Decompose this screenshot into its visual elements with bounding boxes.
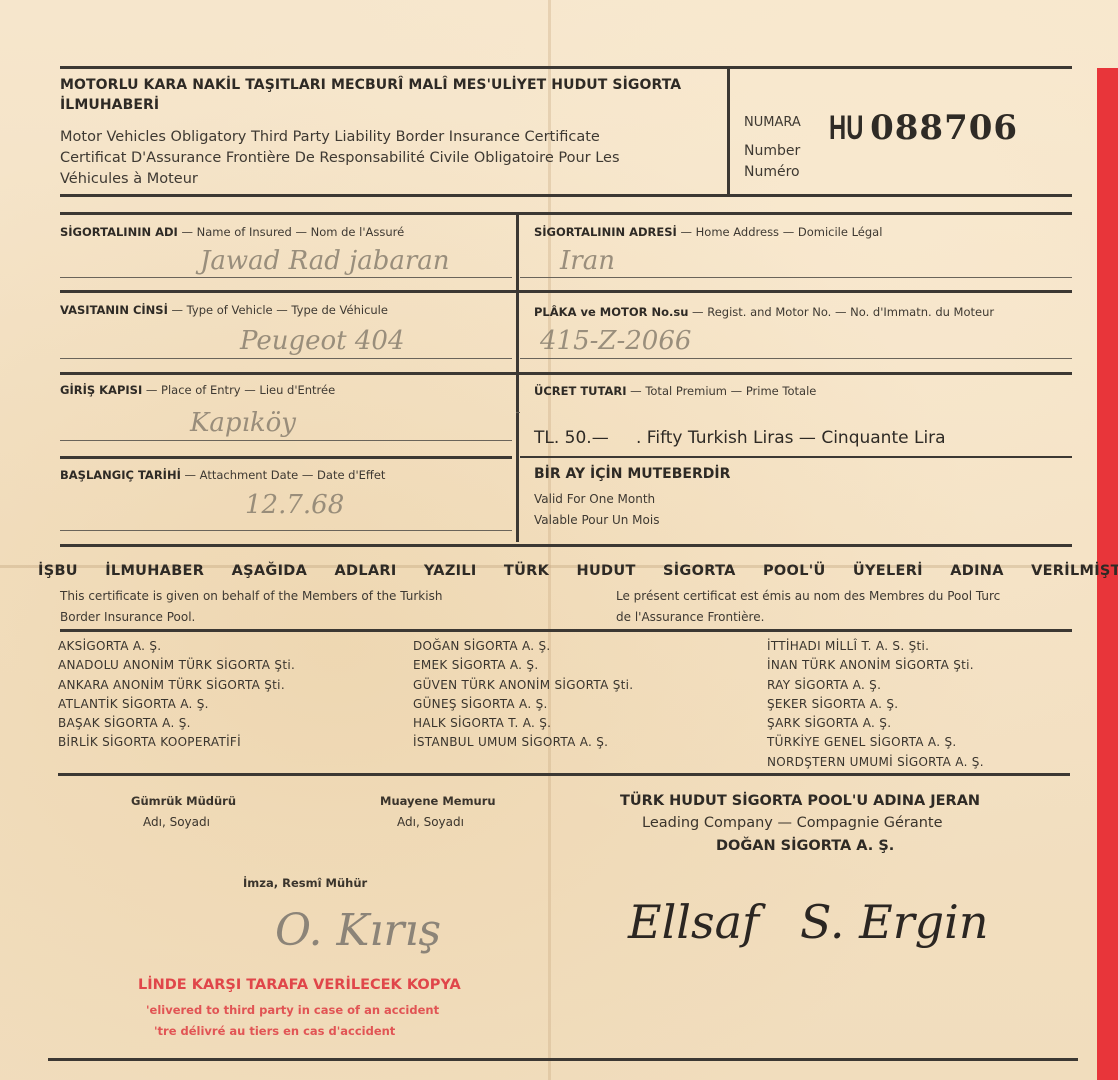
member-item: HALK SİGORTA T. A. Ş. bbox=[413, 714, 633, 733]
rule bbox=[520, 456, 1072, 458]
signature-stamp-label: İmza, Resmî Mühür bbox=[243, 876, 367, 890]
title-en: Motor Vehicles Obligatory Third Party Li… bbox=[60, 129, 600, 145]
pool-title: İŞBU İLMUHABER AŞAĞIDA ADLARI YAZILI TÜR… bbox=[38, 563, 1118, 579]
place-of-entry-value: Kapıköy bbox=[190, 408, 296, 438]
member-item: BAŞAK SİGORTA A. Ş. bbox=[58, 714, 295, 733]
member-item: ŞEKER SİGORTA A. Ş. bbox=[767, 695, 984, 714]
rule bbox=[58, 773, 1070, 776]
rule bbox=[60, 358, 512, 359]
title-tr-line2: İLMUHABERİ bbox=[60, 97, 159, 113]
member-item: TÜRKİYE GENEL SİGORTA A. Ş. bbox=[767, 733, 984, 752]
leading-company-sub: Leading Company — Compagnie Gérante bbox=[642, 815, 943, 831]
member-item: AKSİGORTA A. Ş. bbox=[58, 637, 295, 656]
member-item: ANADOLU ANONİM TÜRK SİGORTA Şti. bbox=[58, 656, 295, 675]
rule bbox=[60, 277, 512, 278]
copy-notice-tr: LİNDE KARŞI TARAFA VERİLECEK KOPYA bbox=[138, 977, 461, 993]
serial-number: HU088706 bbox=[829, 108, 1018, 148]
member-item: GÜNEŞ SİGORTA A. Ş. bbox=[413, 695, 633, 714]
home-address-value: Iran bbox=[560, 246, 615, 276]
copy-notice-en: 'elivered to third party in case of an a… bbox=[146, 1003, 439, 1017]
pool-fr-line1: Le présent certificat est émis au nom de… bbox=[616, 589, 1000, 603]
rule bbox=[60, 440, 512, 441]
premium-amount: TL. 50.— bbox=[534, 428, 609, 448]
title-fr-line1: Certificat D'Assurance Frontière De Resp… bbox=[60, 150, 620, 166]
validity-fr: Valable Pour Un Mois bbox=[534, 513, 659, 527]
member-item: İSTANBUL UMUM SİGORTA A. Ş. bbox=[413, 733, 633, 752]
member-item: ANKARA ANONİM TÜRK SİGORTA Şti. bbox=[58, 676, 295, 695]
title-fr-line2: Véhicules à Moteur bbox=[60, 171, 198, 187]
attachment-date-value: 12.7.68 bbox=[245, 490, 344, 520]
member-item: NORDŞTERN UMUMİ SİGORTA A. Ş. bbox=[767, 753, 984, 772]
rule bbox=[727, 66, 730, 196]
rule bbox=[60, 194, 1072, 197]
leading-company-title: TÜRK HUDUT SİGORTA POOL'U ADINA JERAN bbox=[620, 793, 980, 809]
serial-value: 088706 bbox=[870, 108, 1018, 148]
leading-company-name: DOĞAN SİGORTA A. Ş. bbox=[716, 838, 894, 854]
rule bbox=[60, 530, 512, 531]
member-item: DOĞAN SİGORTA A. Ş. bbox=[413, 637, 633, 656]
rule bbox=[60, 66, 1072, 69]
member-item: ATLANTİK SİGORTA A. Ş. bbox=[58, 695, 295, 714]
pool-en-line1: This certificate is given on behalf of t… bbox=[60, 589, 442, 603]
rule bbox=[60, 544, 1072, 547]
rule bbox=[60, 629, 1072, 632]
company-signature-2: S. Ergin bbox=[800, 895, 988, 949]
rule bbox=[516, 212, 519, 542]
vehicle-type-value: Peugeot 404 bbox=[240, 326, 404, 356]
title-tr-line1: MOTORLU KARA NAKİL TAŞITLARI MECBURÎ MAL… bbox=[60, 77, 681, 93]
members-column-3: İTTİHADI MİLLÎ T. A. S. Şti. İNAN TÜRK A… bbox=[767, 637, 984, 772]
rule bbox=[60, 290, 1072, 293]
number-label-tr: NUMARA bbox=[744, 115, 801, 130]
insured-name-label: SİGORTALININ ADI — Name of Insured — Nom… bbox=[60, 225, 404, 239]
member-item: EMEK SİGORTA A. Ş. bbox=[413, 656, 633, 675]
member-item: ŞARK SİGORTA A. Ş. bbox=[767, 714, 984, 733]
validity-tr: BİR AY İÇİN MUTEBERDİR bbox=[534, 466, 730, 482]
member-item: RAY SİGORTA A. Ş. bbox=[767, 676, 984, 695]
rule bbox=[60, 212, 1072, 215]
company-signature-1: Ellsaf bbox=[628, 895, 759, 949]
copy-notice-fr: 'tre délivré au tiers en cas d'accident bbox=[154, 1024, 395, 1038]
registration-label: PLÂKA ve MOTOR No.su — Regist. and Motor… bbox=[534, 305, 994, 319]
rule bbox=[520, 358, 1072, 359]
insured-name-value: Jawad Rad jabaran bbox=[200, 246, 450, 276]
customs-director-title: Gümrük Müdürü bbox=[131, 794, 236, 808]
place-of-entry-label: GİRİŞ KAPISI — Place of Entry — Lieu d'E… bbox=[60, 383, 335, 397]
validity-en: Valid For One Month bbox=[534, 492, 655, 506]
number-label-en: Number bbox=[744, 143, 800, 159]
total-premium-label: ÜCRET TUTARI — Total Premium — Prime Tot… bbox=[534, 384, 816, 398]
rule bbox=[516, 412, 520, 413]
vehicle-type-label: VASITANIN CİNSİ — Type of Vehicle — Type… bbox=[60, 303, 388, 317]
rule bbox=[60, 456, 512, 459]
number-label-fr: Numéro bbox=[744, 164, 800, 180]
member-item: GÜVEN TÜRK ANONİM SİGORTA Şti. bbox=[413, 676, 633, 695]
inspector-title: Muayene Memuru bbox=[380, 794, 496, 808]
home-address-label: SİGORTALININ ADRESİ — Home Address — Dom… bbox=[534, 225, 882, 239]
rule bbox=[520, 277, 1072, 278]
customs-director-sub: Adı, Soyadı bbox=[143, 815, 210, 829]
member-item: BİRLİK SİGORTA KOOPERATİFİ bbox=[58, 733, 295, 752]
members-column-1: AKSİGORTA A. Ş. ANADOLU ANONİM TÜRK SİGO… bbox=[58, 637, 295, 753]
member-item: İTTİHADI MİLLÎ T. A. S. Şti. bbox=[767, 637, 984, 656]
member-item: İNAN TÜRK ANONİM SİGORTA Şti. bbox=[767, 656, 984, 675]
pool-fr-line2: de l'Assurance Frontière. bbox=[616, 610, 764, 624]
members-column-2: DOĞAN SİGORTA A. Ş. EMEK SİGORTA A. Ş. G… bbox=[413, 637, 633, 753]
official-signature: O. Kırış bbox=[275, 905, 441, 956]
pool-en-line2: Border Insurance Pool. bbox=[60, 610, 195, 624]
attachment-date-label: BAŞLANGIÇ TARİHİ — Attachment Date — Dat… bbox=[60, 468, 385, 482]
rule bbox=[60, 372, 1072, 375]
inspector-sub: Adı, Soyadı bbox=[397, 815, 464, 829]
serial-prefix: HU bbox=[829, 109, 863, 148]
registration-value: 415-Z-2066 bbox=[540, 326, 691, 356]
premium-amount-words: . Fifty Turkish Liras — Cinquante Lira bbox=[636, 428, 946, 448]
rule bbox=[48, 1058, 1078, 1061]
